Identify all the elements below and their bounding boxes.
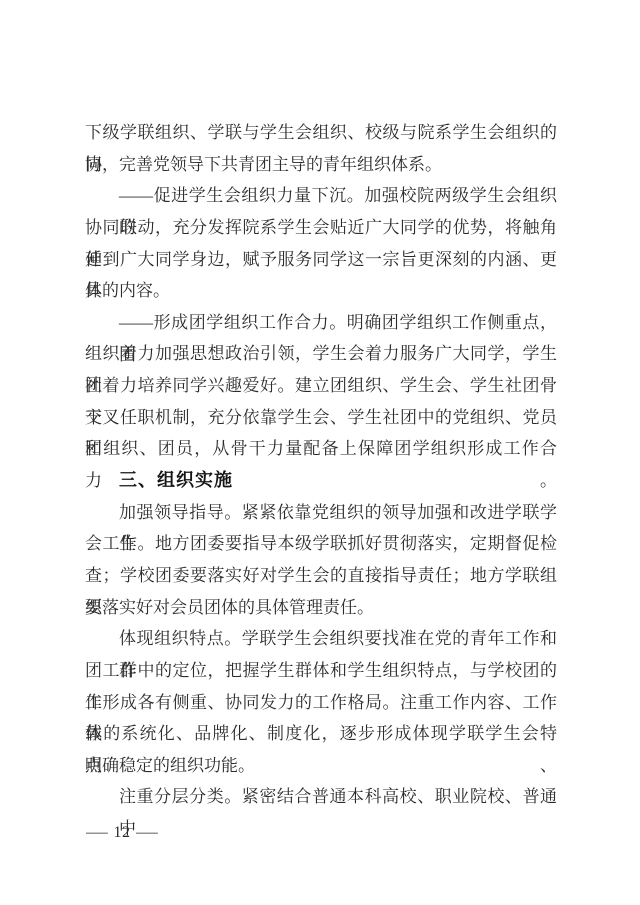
text-line: 体的内容。 [85, 275, 557, 307]
text-line: 要落实好对会员团体的具体管理责任。 [85, 592, 557, 624]
text-line: 作形成各有侧重、协同发力的工作格局。注重工作内容、工作载 [85, 687, 557, 719]
text-line: 团组织、团员，从骨干力量配备上保障团学组织形成工作合力。 [85, 433, 557, 465]
text-line: ——形成团学组织工作合力。明确团学组织工作侧重点，团 [85, 307, 557, 339]
text-line: 组织着力加强思想政治引领，学生会着力服务广大同学，学生社 [85, 338, 557, 370]
text-line: 体现组织特点。学联学生会组织要找准在党的青年工作和群 [85, 623, 557, 655]
text-line: 体的系统化、品牌化、制度化，逐步形成体现学联学生会特点、 [85, 718, 557, 750]
text-line: ——促进学生会组织力量下沉。加强校院两级学生会组织的 [85, 180, 557, 212]
document-body: 下级学联组织、学联与学生会组织、校级与院系学生会组织的协同，完善党领导下共青团主… [85, 117, 557, 813]
page-footer: —12— [85, 822, 159, 844]
text-line: 团着力培养同学兴趣爱好。建立团组织、学生会、学生社团骨干 [85, 370, 557, 402]
footer-dash-left: — [86, 822, 108, 844]
text-line: 团工作中的定位，把握学生群体和学生组织特点，与学校团的工 [85, 655, 557, 687]
text-line: 交叉任职机制，充分依靠学生会、学生社团中的党组织、党员和 [85, 402, 557, 434]
text-line: 同，完善党领导下共青团主导的青年组织体系。 [85, 149, 557, 181]
text-line: 会工作。地方团委要指导本级学联抓好贯彻落实，定期督促检 [85, 528, 557, 560]
footer-dash-right: — [136, 822, 158, 844]
text-line: 协同联动，充分发挥院系学生会贴近广大同学的优势，将触角延 [85, 212, 557, 244]
document-page: 下级学联组织、学联与学生会组织、校级与院系学生会组织的协同，完善党领导下共青团主… [0, 0, 640, 905]
text-line: 查；学校团委要落实好对学生会的直接指导责任；地方学联组织 [85, 560, 557, 592]
text-line: 伸到广大同学身边，赋予服务同学这一宗旨更深刻的内涵、更具 [85, 244, 557, 276]
text-line: 注重分层分类。紧密结合普通本科高校、职业院校、普通中 [85, 781, 557, 813]
page-number: 12 [114, 822, 131, 844]
text-line: 下级学联组织、学联与学生会组织、校级与院系学生会组织的协 [85, 117, 557, 149]
text-line: 加强领导指导。紧紧依靠党组织的领导加强和改进学联学生 [85, 497, 557, 529]
